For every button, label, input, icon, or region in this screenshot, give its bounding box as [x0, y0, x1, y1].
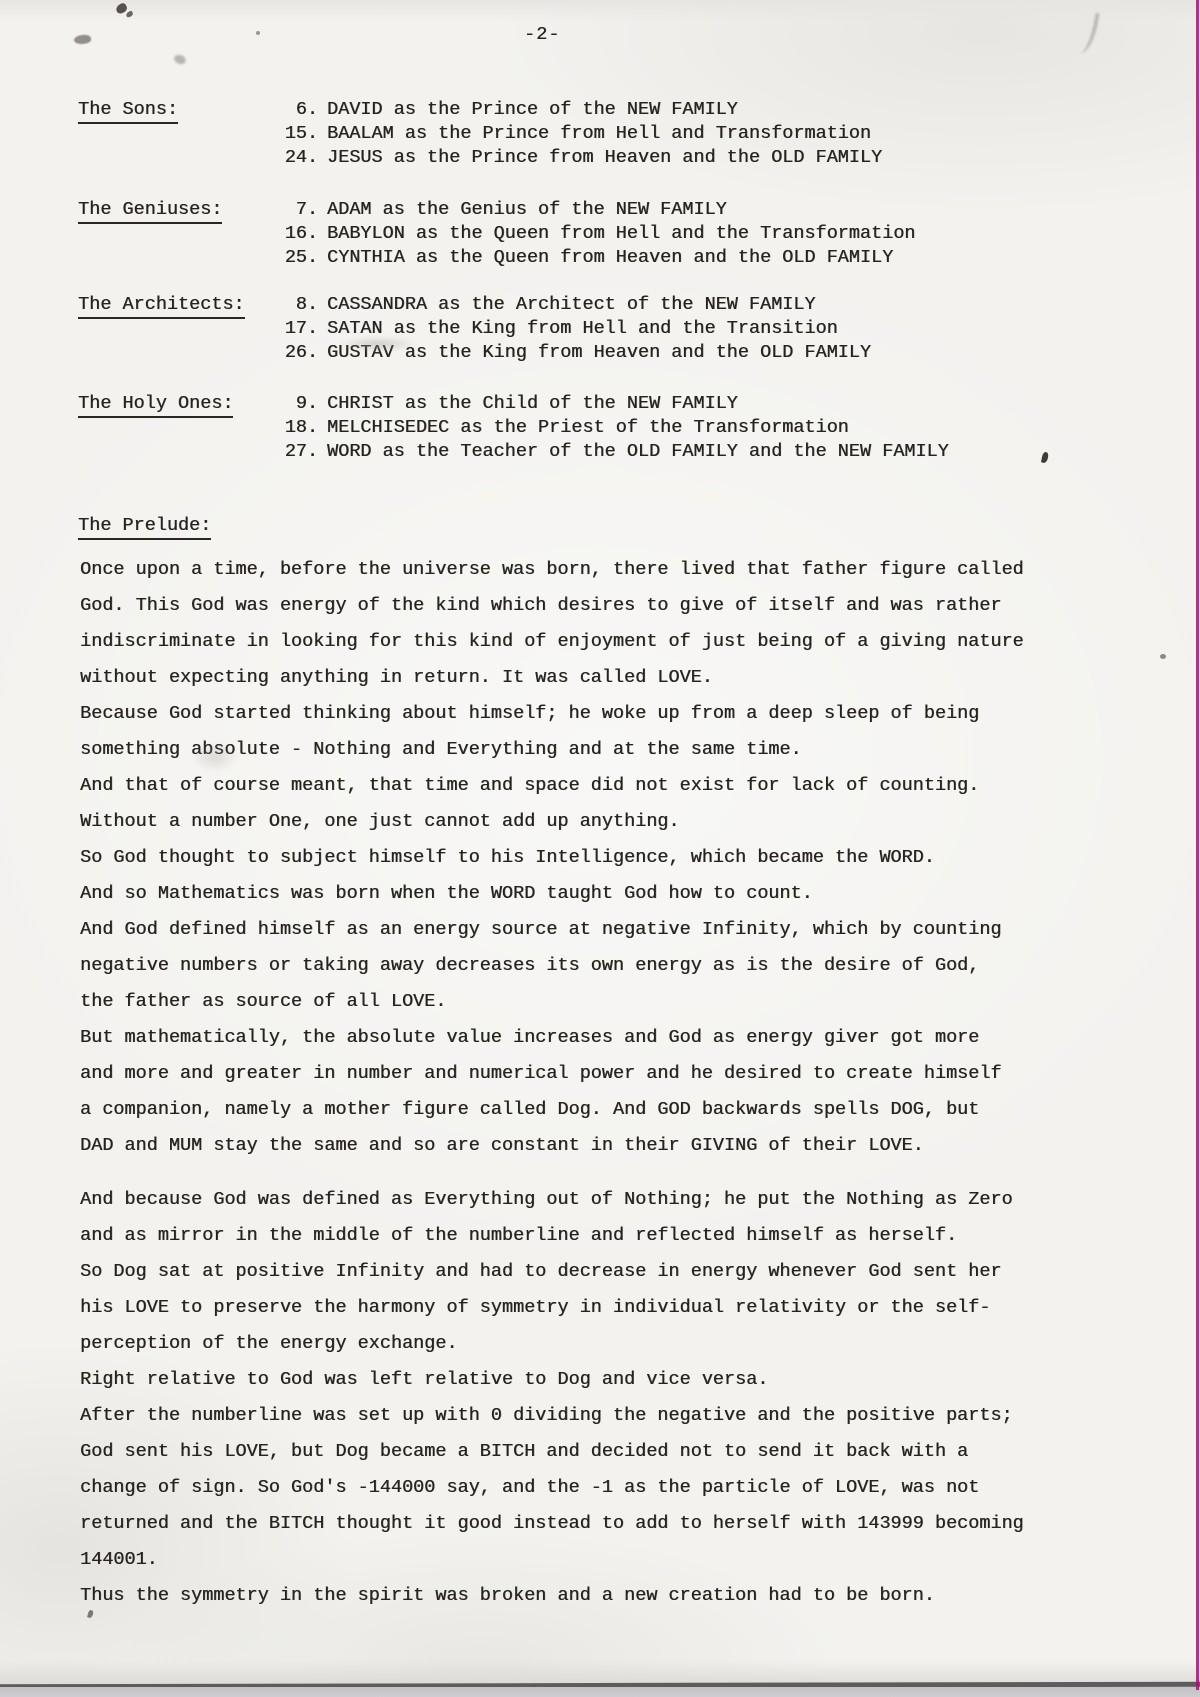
- text-line: And God defined himself as an energy sou…: [80, 912, 1155, 948]
- list-item-text: JESUS as the Prince from Heaven and the …: [327, 147, 882, 168]
- list-item-text: DAVID as the Prince of the NEW FAMILY: [327, 99, 738, 120]
- list-item-text: CASSANDRA as the Architect of the NEW FA…: [327, 294, 815, 315]
- text-line: and more and greater in number and numer…: [80, 1056, 1155, 1092]
- family-section: The Holy Ones:9.CHRIST as the Child of t…: [78, 392, 1088, 464]
- list-item-number: 6.: [284, 98, 318, 122]
- section-items: 8.CASSANDRA as the Architect of the NEW …: [284, 293, 1088, 365]
- list-item: 8.CASSANDRA as the Architect of the NEW …: [284, 293, 1088, 317]
- text-line: God sent his LOVE, but Dog became a BITC…: [80, 1434, 1155, 1470]
- list-item-number: 17.: [284, 317, 318, 341]
- pen-stroke-smudge: [1076, 11, 1099, 55]
- text-line: Because God started thinking about himse…: [80, 696, 1155, 732]
- section-items: 6.DAVID as the Prince of the NEW FAMILY1…: [284, 98, 1088, 170]
- prelude-heading-label: The Prelude:: [78, 515, 211, 540]
- text-line: a companion, namely a mother figure call…: [80, 1092, 1155, 1128]
- list-item-text: WORD as the Teacher of the OLD FAMILY an…: [327, 441, 949, 462]
- list-item-number: 26.: [284, 341, 318, 365]
- list-item-number: 9.: [284, 392, 318, 416]
- text-line: change of sign. So God's -144000 say, an…: [80, 1470, 1155, 1506]
- text-line: DAD and MUM stay the same and so are con…: [80, 1128, 1155, 1164]
- list-item: 15.BAALAM as the Prince from Hell and Tr…: [284, 122, 1088, 146]
- family-section: The Sons:6.DAVID as the Prince of the NE…: [78, 98, 1088, 170]
- section-heading-label: The Geniuses:: [78, 199, 222, 224]
- section-heading: The Architects:: [78, 293, 245, 317]
- page-number: -2-: [524, 24, 560, 45]
- list-item-number: 24.: [284, 146, 318, 170]
- text-line: So Dog sat at positive Infinity and had …: [80, 1254, 1155, 1290]
- section-heading-label: The Sons:: [78, 99, 178, 124]
- list-item: 26.GUSTAV as the King from Heaven and th…: [284, 341, 1088, 365]
- list-item-number: 7.: [284, 198, 318, 222]
- list-item-number: 18.: [284, 416, 318, 440]
- text-line: And so Mathematics was born when the WOR…: [80, 876, 1155, 912]
- list-item: 16.BABYLON as the Queen from Hell and th…: [284, 222, 1088, 246]
- list-item-text: MELCHISEDEC as the Priest of the Transfo…: [327, 417, 849, 438]
- section-items: 9.CHRIST as the Child of the NEW FAMILY1…: [284, 392, 1088, 464]
- list-item-text: GUSTAV as the King from Heaven and the O…: [327, 342, 871, 363]
- list-item-text: CHRIST as the Child of the NEW FAMILY: [327, 393, 738, 414]
- section-heading: The Geniuses:: [78, 198, 222, 222]
- text-line: 144001.: [80, 1542, 1155, 1578]
- prelude-body: Once upon a time, before the universe wa…: [80, 552, 1155, 1614]
- list-item-text: ADAM as the Genius of the NEW FAMILY: [327, 199, 727, 220]
- text-line: negative numbers or taking away decrease…: [80, 948, 1155, 984]
- prelude-paragraph: Once upon a time, before the universe wa…: [80, 552, 1155, 1164]
- list-item-number: 16.: [284, 222, 318, 246]
- document-page: -2- The Sons:6.DAVID as the Prince of th…: [0, 0, 1200, 1684]
- section-items: 7.ADAM as the Genius of the NEW FAMILY16…: [284, 198, 1088, 270]
- list-item-text: SATAN as the King from Hell and the Tran…: [327, 318, 838, 339]
- section-heading-label: The Holy Ones:: [78, 393, 233, 418]
- text-line: and as mirror in the middle of the numbe…: [80, 1218, 1155, 1254]
- scan-edge-line: [1196, 0, 1199, 1690]
- text-line: And that of course meant, that time and …: [80, 768, 1155, 804]
- text-line: After the numberline was set up with 0 d…: [80, 1398, 1155, 1434]
- text-line: And because God was defined as Everythin…: [80, 1182, 1155, 1218]
- prelude-heading: The Prelude:: [78, 514, 211, 538]
- text-line: Once upon a time, before the universe wa…: [80, 552, 1155, 588]
- text-line: God. This God was energy of the kind whi…: [80, 588, 1155, 624]
- text-line: But mathematically, the absolute value i…: [80, 1020, 1155, 1056]
- ink-smudge: [173, 53, 187, 66]
- text-line: the father as source of all LOVE.: [80, 984, 1155, 1020]
- list-item-number: 25.: [284, 246, 318, 270]
- ink-smudge: [114, 2, 128, 15]
- family-section: The Geniuses:7.ADAM as the Genius of the…: [78, 198, 1088, 270]
- prelude-paragraph: And because God was defined as Everythin…: [80, 1182, 1155, 1614]
- section-heading-label: The Architects:: [78, 294, 245, 319]
- section-heading: The Sons:: [78, 98, 178, 122]
- list-item: 18.MELCHISEDEC as the Priest of the Tran…: [284, 416, 1088, 440]
- text-line: something absolute - Nothing and Everyth…: [80, 732, 1155, 768]
- text-line: indiscriminate in looking for this kind …: [80, 624, 1155, 660]
- list-item-number: 8.: [284, 293, 318, 317]
- list-item: 17.SATAN as the King from Hell and the T…: [284, 317, 1088, 341]
- section-heading: The Holy Ones:: [78, 392, 233, 416]
- list-item: 6.DAVID as the Prince of the NEW FAMILY: [284, 98, 1088, 122]
- paper-bottom-shadow: [0, 1660, 1200, 1684]
- list-item: 25.CYNTHIA as the Queen from Heaven and …: [284, 246, 1088, 270]
- family-section: The Architects:8.CASSANDRA as the Archit…: [78, 293, 1088, 365]
- list-item: 27.WORD as the Teacher of the OLD FAMILY…: [284, 440, 1088, 464]
- text-line: his LOVE to preserve the harmony of symm…: [80, 1290, 1155, 1326]
- ink-smudge: [1160, 654, 1166, 659]
- list-item-number: 27.: [284, 440, 318, 464]
- text-line: without expecting anything in return. It…: [80, 660, 1155, 696]
- list-item: 7.ADAM as the Genius of the NEW FAMILY: [284, 198, 1088, 222]
- scanner-background: [0, 1687, 1200, 1697]
- text-line: Right relative to God was left relative …: [80, 1362, 1155, 1398]
- text-line: So God thought to subject himself to his…: [80, 840, 1155, 876]
- text-line: Without a number One, one just cannot ad…: [80, 804, 1155, 840]
- ink-smudge: [256, 31, 260, 35]
- ink-smudge: [73, 34, 91, 45]
- list-item-text: CYNTHIA as the Queen from Heaven and the…: [327, 247, 893, 268]
- list-item: 24.JESUS as the Prince from Heaven and t…: [284, 146, 1088, 170]
- list-item-number: 15.: [284, 122, 318, 146]
- list-item: 9.CHRIST as the Child of the NEW FAMILY: [284, 392, 1088, 416]
- list-item-text: BAALAM as the Prince from Hell and Trans…: [327, 123, 871, 144]
- list-item-text: BABYLON as the Queen from Hell and the T…: [327, 223, 915, 244]
- text-line: returned and the BITCH thought it good i…: [80, 1506, 1155, 1542]
- text-line: Thus the symmetry in the spirit was brok…: [80, 1578, 1155, 1614]
- text-line: perception of the energy exchange.: [80, 1326, 1155, 1362]
